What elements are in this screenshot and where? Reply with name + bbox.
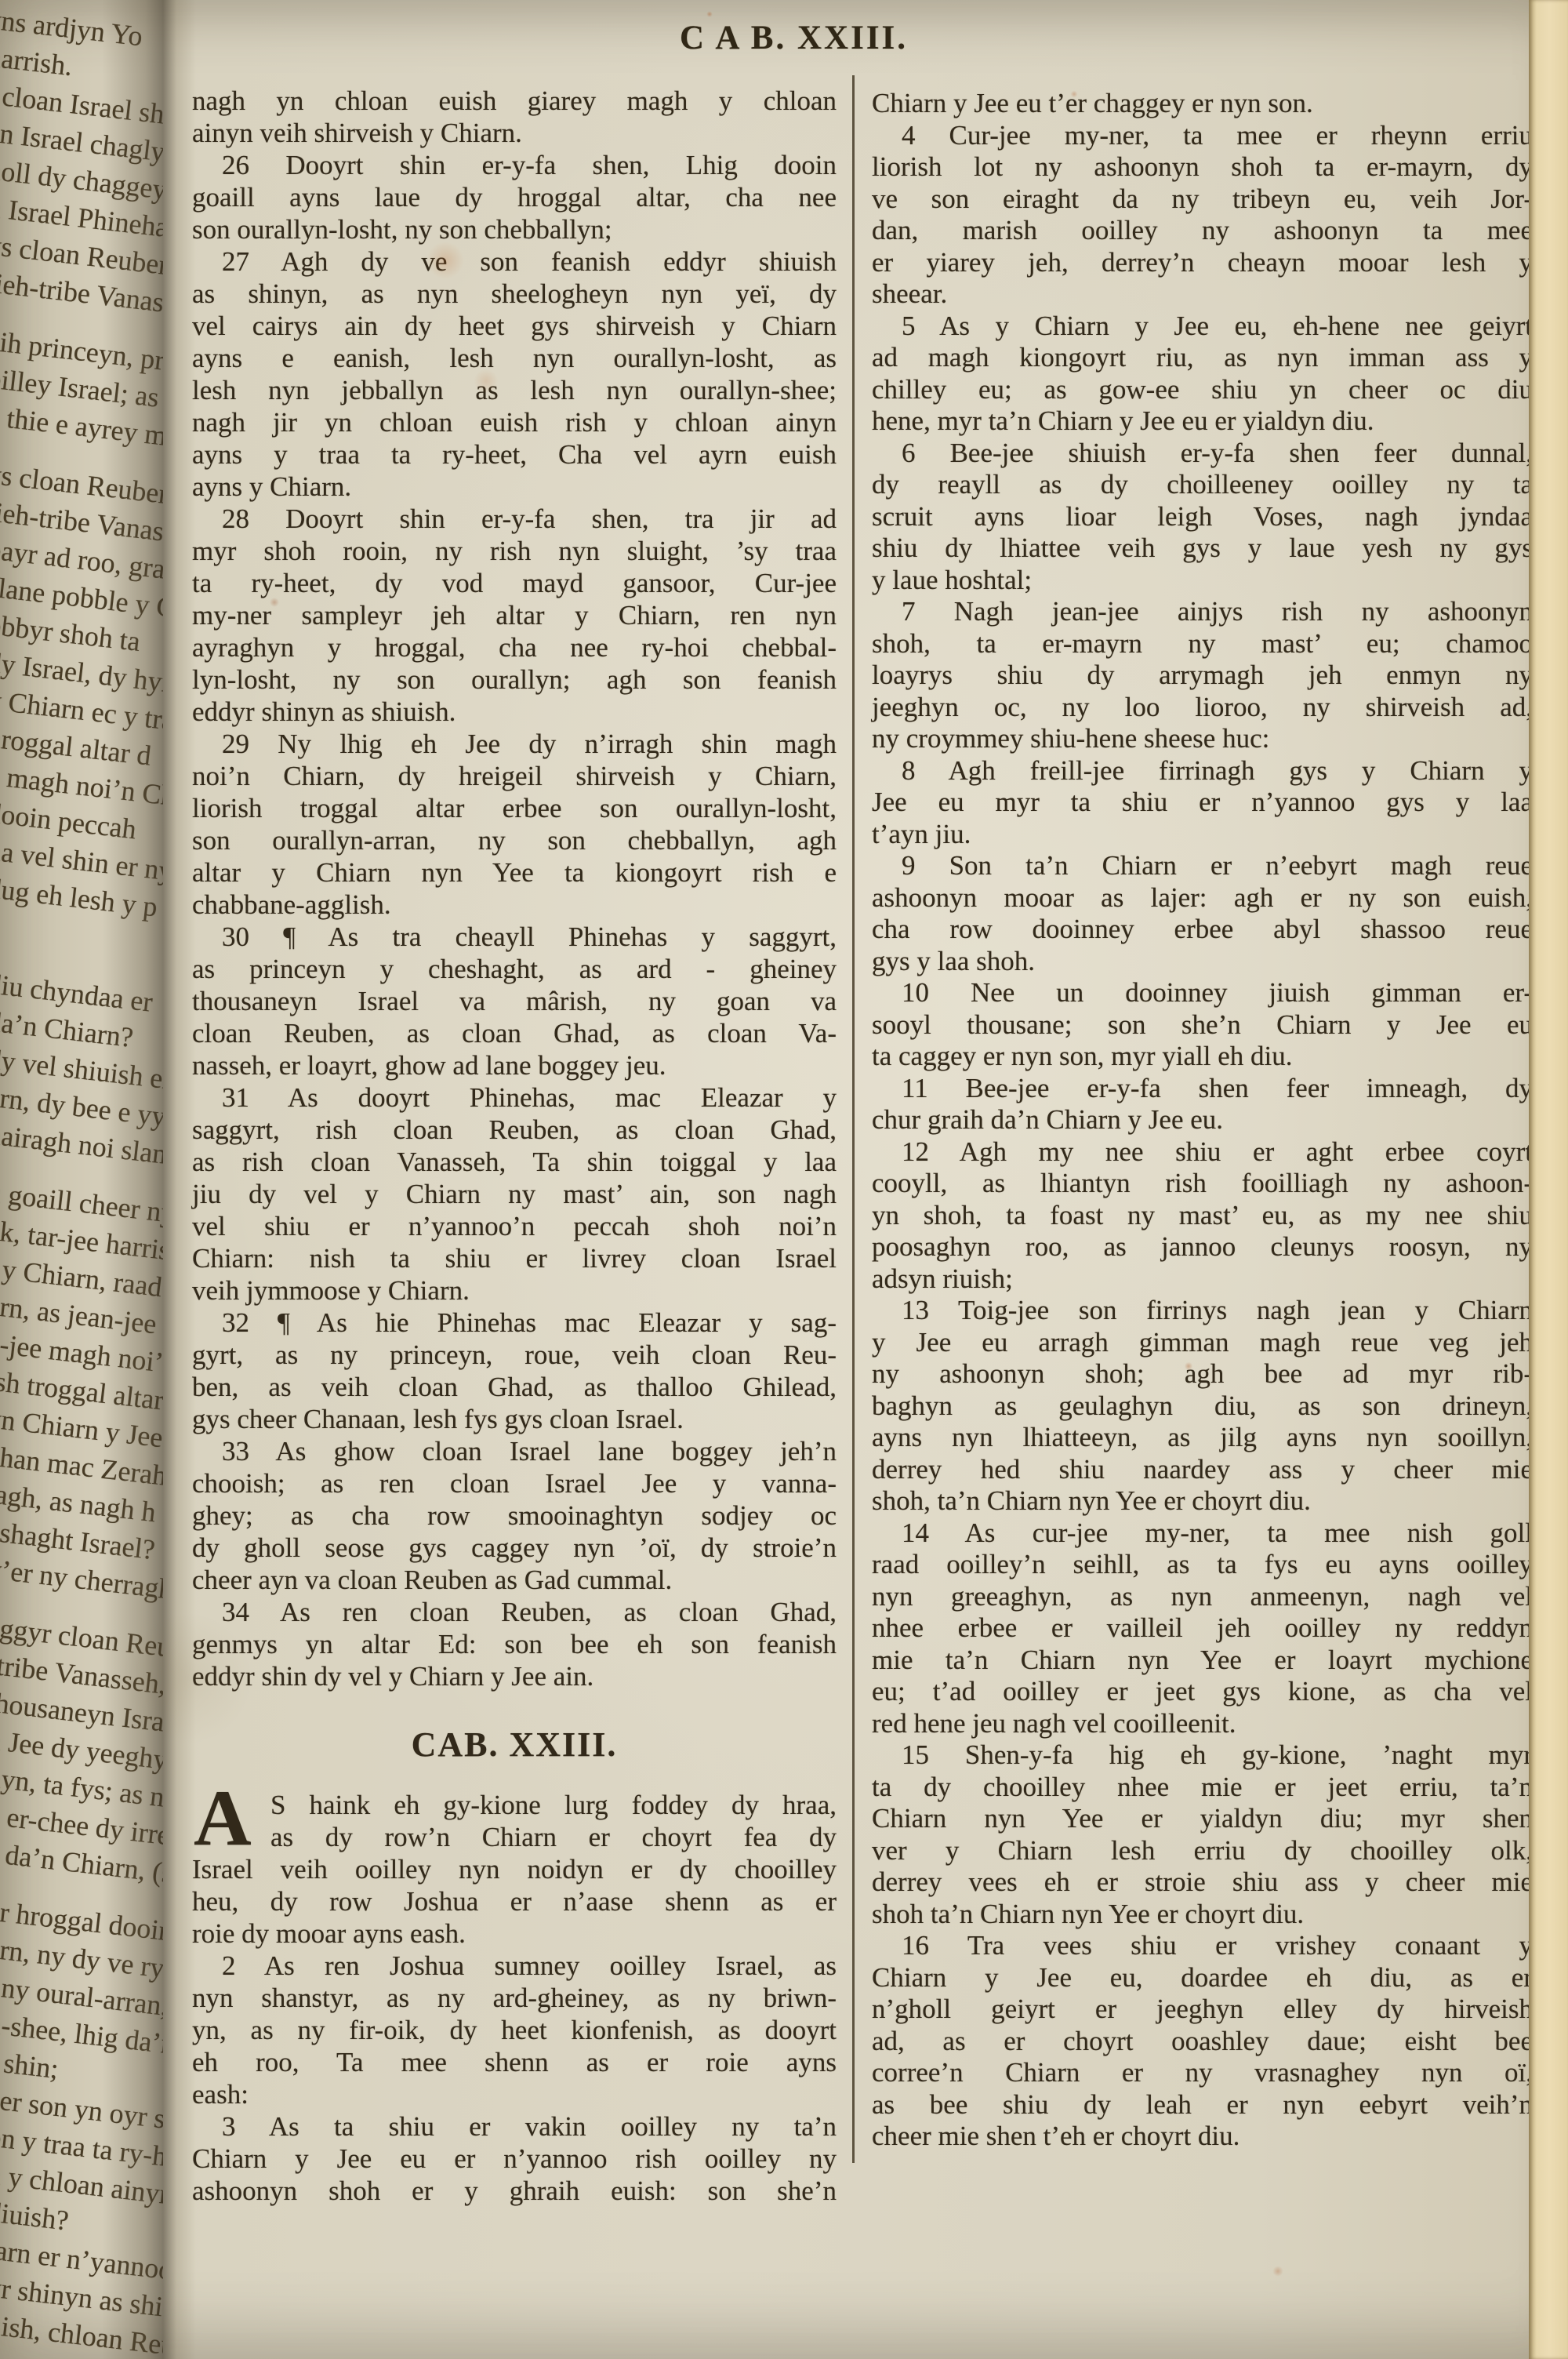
text-line: ashoonyn shoh er y ghraih euish: son she… [192,2175,837,2207]
text-line: ve son eiraght da ny tribeyn eu, veih Jo… [872,184,1533,216]
text-line: 13 Toig-jee son firrinys nagh jean y Chi… [872,1295,1533,1327]
text-line: raad ooilley’n seihll, as ta fys eu ayns… [872,1549,1533,1581]
text-line: 30 ¶ As tra cheayll Phinehas y saggyrt, [192,921,837,953]
text-line: 12 Agh my nee shiu er aght erbee coyrt [872,1136,1533,1169]
text-line: 6 Bee-jee shiuish er-y-fa shen feer dunn… [872,438,1533,470]
text-line: ayns nyn lhiatteeyn, as jilg ayns nyn so… [872,1422,1533,1454]
text-line: as shinyn, as nyn sheelogheyn nyn yeï, d… [192,278,837,310]
text-line: nyn greeaghyn, as nyn anmeenyn, nagh vel [872,1581,1533,1613]
text-line: myr shoh rooin, ny rish nyn sluight, ’sy… [192,535,837,567]
text-line: ayns e eanish, lesh nyn ourallyn-losht, … [192,342,837,374]
text-line: 26 Dooyrt shin er-y-fa shen, Lhig dooin [192,149,837,181]
text-line: eh roo, Ta mee shenn as er roie ayns [192,2046,837,2078]
text-line: corree’n Chiarn er ny vrasnaghey nyn oï, [872,2057,1533,2089]
text-line: Chiarn nyn Yee er yialdyn diu; myr shen [872,1803,1533,1835]
text-line: jeeghyn oc, ny loo lioroo, ny shirveish … [872,692,1533,724]
text-line: loayrys shiu dy arrymagh jeh enmyn ny [872,660,1533,692]
text-line: baghyn as geulaghyn diu, as son drineyn, [872,1390,1533,1423]
text-line: t’ayn jiu. [872,819,1533,851]
text-line: shiu dy lhiattee veih gys y laue yesh ny… [872,533,1533,565]
text-line: derrey hed shiu naardey ass y cheer mie [872,1454,1533,1486]
text-line: shoh, ta’n Chiarn nyn Yee er choyrt diu. [872,1485,1533,1518]
chapter-heading: CAB. XXIII. [192,1728,837,1761]
text-line: son ourallyn-arran, ny son chebballyn, a… [192,824,837,856]
text-line: ad, as er choyrt ooashley daue; eisht be… [872,2026,1533,2058]
text-line: 9 Son ta’n Chiarn er n’eebyrt magh reue [872,850,1533,882]
text-line: Chiarn y Jee eu t’er chaggey er nyn son. [872,88,1533,120]
text-line: vel cairys ain dy heet gys shirveish y C… [192,310,837,342]
text-line: dy gholl seose gys caggey nyn ’oï, dy st… [192,1532,837,1564]
text-line: altar y Chiarn nyn Yee ta kiongoyrt rish… [192,856,837,889]
text-line: 2 As ren Joshua sumney ooilley Israel, a… [192,1950,837,1982]
text-line: chooish; as ren cloan Israel Jee y vanna… [192,1467,837,1499]
text-line: gys cheer Chanaan, lesh fys gys cloan Is… [192,1403,837,1435]
text-line: nyn shanstyr, as ny ard-gheiney, as ny b… [192,1982,837,2014]
text-line: Chiarn: nish ta shiu er livrey cloan Isr… [192,1242,837,1274]
text-line: jiu dy vel y Chiarn ny mast’ ain, son na… [192,1178,837,1210]
text-line: 27 Agh dy ve son feanish eddyr shiuish [192,245,837,278]
text-line: red hene jeu nagh vel cooilleenit. [872,1708,1533,1740]
text-line: 15 Shen-y-fa hig eh gy-kione, ’naght myr [872,1739,1533,1772]
text-line: y Jee eu arragh gimman magh reue veg jeh [872,1327,1533,1359]
text-line: ayns y Chiarn. [192,471,837,503]
text-line: lesh nyn jebballyn as lesh nyn ourallyn-… [192,374,837,406]
text-line: 3 As ta shiu er vakin ooilley ny ta’n [192,2110,837,2143]
text-line: Israel veih ooilley nyn noidyn er dy cho… [192,1853,837,1885]
text-line: 16 Tra vees shiu er vrishey conaant y [872,1930,1533,1962]
text-line: Chiarn y Jee eu, doardee eh diu, as er [872,1962,1533,1994]
text-line: Chiarn y Jee eu er n’yannoo rish ooilley… [192,2143,837,2175]
text-line: as bee shiu dy leah er nyn eebyrt veih’n [872,2089,1533,2121]
text-line: ayraghyn y hroggal, cha nee ry-hoi chebb… [192,631,837,663]
text-line: adsyn riuish; [872,1263,1533,1296]
text-line: hene, myr ta’n Chiarn y Jee eu er yialdy… [872,405,1533,438]
text-line: 8 Agh freill-jee firrinagh gys y Chiarn … [872,755,1533,787]
text-line: eddyr shin dy vel y Chiarn y Jee ain. [192,1660,837,1692]
text-line: as rish cloan Vanasseh, Ta shin toiggal … [192,1146,837,1178]
text-line: n’gholl geiyrt er jeeghyn elley dy hirve… [872,1994,1533,2026]
text-line: nagh jir yn chloan euish rish y chloan a… [192,406,837,438]
text-line: chur graih da’n Chiarn y Jee eu. [872,1104,1533,1136]
running-head: C A B. XXIII. [188,19,1399,57]
text-line: 29 Ny lhig eh Jee dy n’irragh shin magh [192,728,837,760]
text-line: ny ashoonyn shoh; agh bee ad myr rib- [872,1358,1533,1390]
text-line: lyn-losht, ny son ourallyn; agh son fean… [192,663,837,696]
text-line: thousaneyn Israel va mârish, ny goan va [192,985,837,1017]
facing-page-edge-column: yns ardjyn Yoharrish.l cloan Israel shol… [0,0,163,2359]
text-line: noi’n Chiarn, dy hreigeil shirveish y Ch… [192,760,837,792]
text-line: cha row dooinney erbee abyl shassoo reue [872,914,1533,946]
text-line: son ourallyn-losht, ny son chebballyn; [192,213,837,245]
text-line: cheer ayn va cloan Reuben as Gad cummal. [192,1564,837,1596]
text-line: shoh ta’n Chiarn nyn Yee er choyrt diu. [872,1899,1533,1931]
text-line: scruit ayns lioar leigh Voses, nagh jynd… [872,501,1533,533]
text-line: eu; t’ad ooilley er jeet gys kione, as c… [872,1676,1533,1708]
text-line: cheer mie shen t’eh er choyrt diu. [872,2121,1533,2153]
text-line: dan, marish ooilley ny ashoonyn ta mee [872,215,1533,247]
text-line: 31 As dooyrt Phinehas, mac Eleazar y [192,1081,837,1114]
text-line: nagh yn chloan euish giarey magh y chloa… [192,85,837,117]
text-line: chilley eu; as gow-ee shiu yn cheer oc d… [872,374,1533,406]
text-line: ad magh kiongoyrt riu, as nyn imman ass … [872,342,1533,374]
text-line: ta caggey er nyn son, myr yiall eh diu. [872,1041,1533,1073]
text-line: 5 As y Chiarn y Jee eu, eh-hene nee geiy… [872,311,1533,343]
text-line: ainyn veih shirveish y Chiarn. [192,117,837,149]
text-line: vel shiu er n’yannoo’n peccah shoh noi’n [192,1210,837,1242]
text-line: ashoonyn mooar as lajer: agh er ny son e… [872,882,1533,914]
text-line: ver y Chiarn lesh erriu dy chooilley olk… [872,1835,1533,1867]
text-line: chabbane-agglish. [192,889,837,921]
left-text-column: nagh yn chloan euish giarey magh y chloa… [192,85,837,2207]
text-line: nasseh, er loayrt, ghow ad lane boggey j… [192,1049,837,1081]
text-line: liorish troggal altar erbee son ourallyn… [192,792,837,824]
text-line: genmys yn altar Ed: son bee eh son feani… [192,1628,837,1660]
text-line: Jee eu myr ta shiu er n’yannoo gys y laa [872,787,1533,819]
text-line: yn shoh, ta foast ny mast’ eu, as my nee… [872,1200,1533,1232]
text-line: derrey vees eh er stroie shiu ass y chee… [872,1866,1533,1899]
text-line: ta ry-heet, dy vod mayd gansoor, Cur-jee [192,567,837,599]
page-right-edge [1529,0,1568,2359]
text-line: 28 Dooyrt shin er-y-fa shen, tra jir ad [192,503,837,535]
text-line: poosaghyn roo, as jannoo cleunys roosyn,… [872,1231,1533,1263]
right-text-column: Chiarn y Jee eu t’er chaggey er nyn son.… [872,88,1533,2153]
text-line: 11 Bee-jee er-y-fa shen feer imneagh, dy [872,1073,1533,1105]
text-line: AS haink eh gy-kione lurg foddey dy hraa… [192,1789,837,1821]
text-line: yn, as ny fir-oik, dy heet kionfenish, a… [192,2014,837,2046]
text-line: 33 As ghow cloan Israel lane boggey jeh’… [192,1435,837,1467]
text-line: er yiarey jeh, derrey’n cheayn mooar les… [872,247,1533,279]
text-line: nhee erbee er vailleil jeh ooilley ny re… [872,1612,1533,1645]
text-line: dy reayll as dy choilleeney ooilley ny t… [872,469,1533,501]
text-line: ghey; as cha row smooinaghtyn sodjey oc [192,1499,837,1532]
text-line: eddyr shinyn as shiuish. [192,696,837,728]
text-line: veih jymmoose y Chiarn. [192,1274,837,1307]
text-line: gyrt, as ny princeyn, roue, veih cloan R… [192,1339,837,1371]
text-line: shoh, ta er-mayrn ny mast’ eu; chamoo [872,628,1533,660]
column-divider-rule [852,75,855,2163]
text-line: as dy row’n Chiarn er choyrt fea dy [192,1821,837,1853]
text-line: 4 Cur-jee my-ner, ta mee er rheynn erriu [872,120,1533,152]
text-line: 14 As cur-jee my-ner, ta mee nish goll [872,1518,1533,1550]
text-line: liorish lot ny ashoonyn shoh ta er-mayrn… [872,151,1533,184]
text-line: roie dy mooar ayns eash. [192,1917,837,1950]
book-page-scan: yns ardjyn Yoharrish.l cloan Israel shol… [0,0,1568,2359]
text-line: gys y laa shoh. [872,946,1533,978]
text-line: heu, dy row Joshua er n’aase shenn as er [192,1885,837,1917]
text-line: sheear. [872,278,1533,311]
text-line: saggyrt, rish cloan Reuben, as cloan Gha… [192,1114,837,1146]
text-line: 32 ¶ As hie Phinehas mac Eleazar y sag- [192,1307,837,1339]
text-line: as princeyn y cheshaght, as ard - gheine… [192,953,837,985]
text-line: 10 Nee un dooinney jiuish gimman er- [872,977,1533,1009]
text-line: ta dy chooilley nhee mie er jeet erriu, … [872,1772,1533,1804]
text-line: mie ta’n Chiarn nyn Yee er loayrt mychio… [872,1645,1533,1677]
text-line: sooyl thousane; son she’n Chiarn y Jee e… [872,1009,1533,1041]
text-line: goaill ayns laue dy hroggal altar, cha n… [192,181,837,213]
text-line: cloan Reuben, as cloan Ghad, as cloan Va… [192,1017,837,1049]
text-line: 34 As ren cloan Reuben, as cloan Ghad, [192,1596,837,1628]
text-line: eash: [192,2078,837,2110]
text-line: my-ner sampleyr jeh altar y Chiarn, ren … [192,599,837,631]
text-line: ny croymmey shiu-hene sheese huc: [872,723,1533,755]
text-line: 7 Nagh jean-jee ainjys rish ny ashoonyn [872,596,1533,628]
text-line: cooyll, as lhiantyn rish fooilliagh ny a… [872,1168,1533,1200]
text-line: ben, as veih cloan Ghad, as thalloo Ghil… [192,1371,837,1403]
text-line: y laue hoshtal; [872,565,1533,597]
text-line: ayns y traa ta ry-heet, Cha vel ayrn eui… [192,438,837,471]
